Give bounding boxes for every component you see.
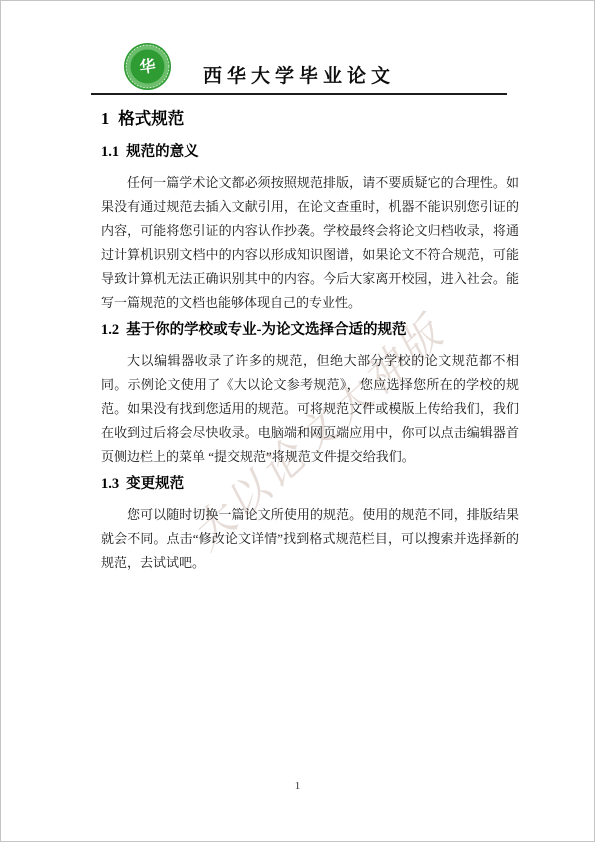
section-number: 1: [101, 109, 109, 128]
section-number: 1.2: [101, 322, 119, 338]
section-heading-1-3: 1.3变更规范: [101, 475, 519, 493]
section-number: 1.3: [101, 476, 119, 492]
section-heading-1-2: 1.2基于你的学校或专业-为论文选择合适的规范: [101, 321, 519, 339]
section-number: 1.1: [101, 144, 119, 160]
section-title: 格式规范: [118, 109, 184, 128]
section-title: 规范的意义: [126, 144, 199, 160]
section-title: 变更规范: [126, 476, 184, 492]
page-content: 1格式规范 1.1规范的意义 任何一篇学术论文都必须按照规范排版，请不要质疑它的…: [101, 109, 519, 575]
section-heading-1-1: 1.1规范的意义: [101, 143, 519, 161]
paragraph-1-1: 任何一篇学术论文都必须按照规范排版，请不要质疑它的合理性。如果没有通过规范去插入…: [101, 171, 519, 315]
section-title: 基于你的学校或专业-为论文选择合适的规范: [126, 322, 406, 338]
thesis-page: 大以论文大神版 华 西华大学毕业论文 1格式规范 1.1规范的意义 任何一篇学术…: [0, 0, 595, 842]
document-header-title: 西华大学毕业论文: [91, 61, 507, 88]
page-number: 1: [1, 780, 594, 792]
section-heading-1: 1格式规范: [101, 109, 519, 129]
paragraph-1-3: 您可以随时切换一篇论文所使用的规范。使用的规范不同，排版结果就会不同。点击“修改…: [101, 503, 519, 575]
paragraph-1-2: 大以编辑器收录了许多的规范，但绝大部分学校的论文规范都不相同。示例论文使用了《大…: [101, 349, 519, 469]
header-rule: [91, 93, 507, 95]
